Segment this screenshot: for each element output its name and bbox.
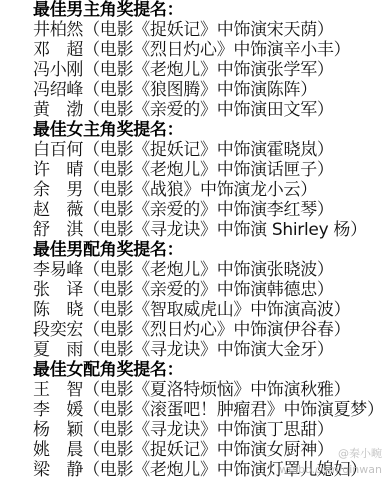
nominee-name: 张 译 <box>33 280 83 300</box>
nominee-detail: （电影《亲爱的》中饰演田文军） <box>83 100 334 120</box>
list-item: 李易峰（电影《老炮儿》中饰演张晓波） <box>33 260 386 280</box>
section-title: 最佳男配角奖提名： <box>33 240 386 260</box>
watermark-url: weibo.com/qinwan <box>242 462 382 478</box>
nominee-detail: （电影《寻龙诀》中饰演大金牙） <box>83 340 334 360</box>
nominee-detail: （电影《老炮儿》中饰演话匣子） <box>83 160 334 180</box>
list-item: 舒 淇（电影《寻龙诀》中饰演 Shirley 杨） <box>33 220 386 240</box>
nominee-name: 梁 静 <box>33 460 83 480</box>
nominee-detail: （电影《烈日灼心》中饰演辛小丰） <box>83 40 350 60</box>
list-item: 井柏然（电影《捉妖记》中饰演宋天荫） <box>33 20 386 40</box>
nominee-name: 夏 雨 <box>33 340 83 360</box>
list-item: 黄 渤（电影《亲爱的》中饰演田文军） <box>33 100 386 120</box>
nominee-detail: （电影《烈日灼心》中饰演伊谷春） <box>83 320 350 340</box>
nominee-name: 赵 薇 <box>33 200 83 220</box>
section-title: 最佳女主角奖提名： <box>33 120 386 140</box>
list-item: 白百何（电影《捉妖记》中饰演霍晓岚） <box>33 140 386 160</box>
nominee-detail: （电影《老炮儿》中饰演张晓波） <box>83 260 334 280</box>
nominee-detail: （电影《寻龙诀》中饰演 Shirley 杨） <box>83 220 367 240</box>
nominee-detail: （电影《捉妖记》中饰演宋天荫） <box>83 20 334 40</box>
nominee-name: 余 男 <box>33 180 83 200</box>
nominee-name: 冯绍峰 <box>33 80 83 100</box>
nominee-name: 杨 颖 <box>33 420 83 440</box>
nominee-name: 舒 淇 <box>33 220 83 240</box>
nominee-detail: （电影《滚蛋吧！肿瘤君》中饰演夏梦） <box>83 400 384 420</box>
nominee-detail: （电影《夏洛特烦恼》中饰演秋雅） <box>83 380 350 400</box>
nominee-name: 陈 晓 <box>33 300 83 320</box>
section-best-actress: 最佳女主角奖提名： 白百何（电影《捉妖记》中饰演霍晓岚） 许 晴（电影《老炮儿》… <box>33 120 386 240</box>
nominee-name: 许 晴 <box>33 160 83 180</box>
nominee-detail: （电影《老炮儿》中饰演张学军） <box>83 60 334 80</box>
list-item: 李 媛（电影《滚蛋吧！肿瘤君》中饰演夏梦） <box>33 400 386 420</box>
list-item: 杨 颖（电影《寻龙诀》中饰演丁思甜） <box>33 420 386 440</box>
list-item: 冯绍峰（电影《狼图腾》中饰演陈阵） <box>33 80 386 100</box>
nominee-detail: （电影《寻龙诀》中饰演丁思甜） <box>83 420 334 440</box>
nominee-detail: （电影《亲爱的》中饰演韩德忠） <box>83 280 334 300</box>
nominee-list: 最佳男主角奖提名： 井柏然（电影《捉妖记》中饰演宋天荫） 邓 超（电影《烈日灼心… <box>33 0 386 480</box>
list-item: 冯小刚（电影《老炮儿》中饰演张学军） <box>33 60 386 80</box>
list-item: 陈 晓（电影《智取威虎山》中饰演高波） <box>33 300 386 320</box>
nominee-name: 李 媛 <box>33 400 83 420</box>
list-item: 夏 雨（电影《寻龙诀》中饰演大金牙） <box>33 340 386 360</box>
nominee-name: 李易峰 <box>33 260 83 280</box>
nominee-detail: （电影《亲爱的》中饰演李红琴） <box>83 200 334 220</box>
list-item: 段奕宏（电影《烈日灼心》中饰演伊谷春） <box>33 320 386 340</box>
nominee-name: 段奕宏 <box>33 320 83 340</box>
list-item: 张 译（电影《亲爱的》中饰演韩德忠） <box>33 280 386 300</box>
nominee-detail: （电影《狼图腾》中饰演陈阵） <box>83 80 317 100</box>
nominee-detail: （电影《捉妖记》中饰演霍晓岚） <box>83 140 334 160</box>
list-item: 赵 薇（电影《亲爱的》中饰演李红琴） <box>33 200 386 220</box>
nominee-name: 黄 渤 <box>33 100 83 120</box>
nominee-detail: （电影《智取威虎山》中饰演高波） <box>83 300 350 320</box>
section-title: 最佳男主角奖提名： <box>33 0 386 20</box>
nominee-name: 冯小刚 <box>33 60 83 80</box>
list-item: 余 男（电影《战狼》中饰演龙小云） <box>33 180 386 200</box>
section-best-actor: 最佳男主角奖提名： 井柏然（电影《捉妖记》中饰演宋天荫） 邓 超（电影《烈日灼心… <box>33 0 386 120</box>
section-title: 最佳女配角奖提名： <box>33 360 386 380</box>
list-item: 邓 超（电影《烈日灼心》中饰演辛小丰） <box>33 40 386 60</box>
section-best-supporting-actor: 最佳男配角奖提名： 李易峰（电影《老炮儿》中饰演张晓波） 张 译（电影《亲爱的》… <box>33 240 386 360</box>
nominee-detail: （电影《战狼》中饰演龙小云） <box>83 180 317 200</box>
nominee-name: 王 智 <box>33 380 83 400</box>
nominee-name: 白百何 <box>33 140 83 160</box>
watermark-handle: @秦小畹 <box>242 446 382 462</box>
list-item: 王 智（电影《夏洛特烦恼》中饰演秋雅） <box>33 380 386 400</box>
nominee-name: 姚 晨 <box>33 440 83 460</box>
watermark: @秦小畹 weibo.com/qinwan <box>242 446 382 480</box>
list-item: 许 晴（电影《老炮儿》中饰演话匣子） <box>33 160 386 180</box>
nominee-name: 邓 超 <box>33 40 83 60</box>
nominee-name: 井柏然 <box>33 20 83 40</box>
